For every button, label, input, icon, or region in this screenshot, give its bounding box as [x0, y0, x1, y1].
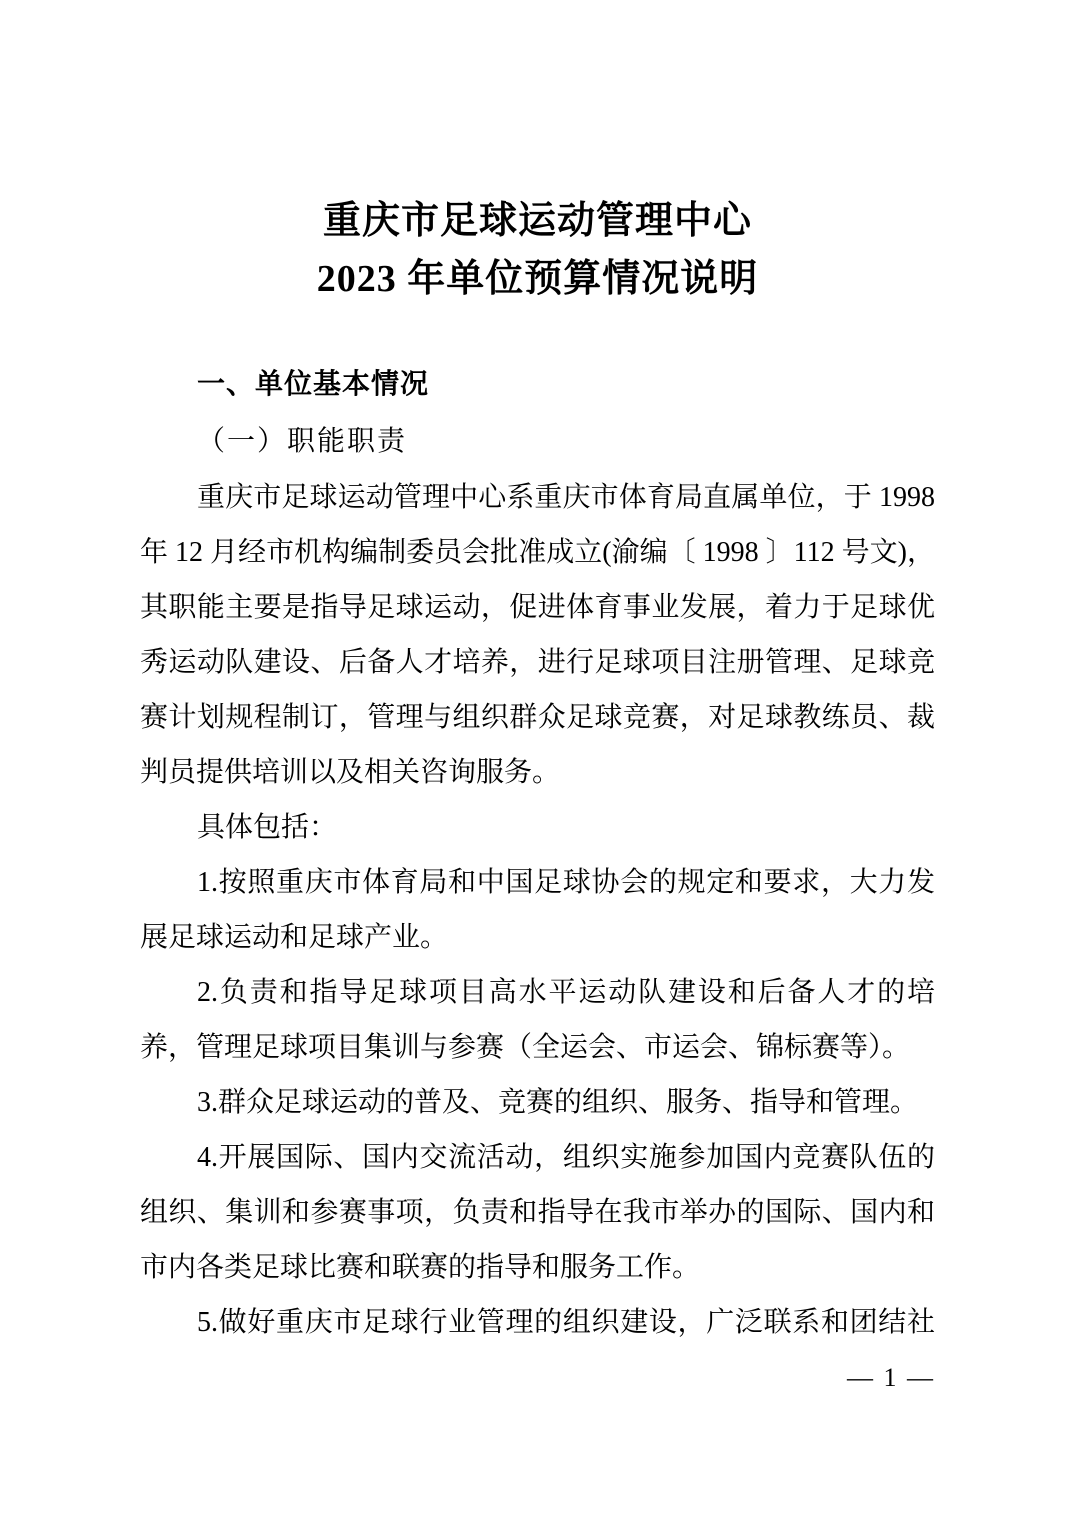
body-line: 年 12 月经市机构编制委员会批准成立(渝编〔 1998 〕112 号文)，: [140, 525, 935, 580]
body-line: 其职能主要是指导足球运动，促进体育事业发展，着力于足球优: [140, 580, 935, 635]
body-line: 赛计划规程制订，管理与组织群众足球竞赛，对足球教练员、裁: [140, 690, 935, 745]
subsection-heading: （一）职能职责: [140, 422, 935, 462]
body-line: 具体包括：: [140, 800, 935, 855]
body-line: 1.按照重庆市体育局和中国足球协会的规定和要求，大力发: [140, 855, 935, 910]
page-number: — 1 —: [140, 1360, 935, 1396]
document-title: 重庆市足球运动管理中心 2023 年单位预算情况说明: [140, 192, 935, 308]
body-line: 4.开展国际、国内交流活动，组织实施参加国内竞赛队伍的: [140, 1130, 935, 1185]
body-line: 秀运动队建设、后备人才培养，进行足球项目注册管理、足球竞: [140, 635, 935, 690]
section-heading: 一、单位基本情况: [140, 364, 935, 404]
body-line: 重庆市足球运动管理中心系重庆市体育局直属单位，于 1998: [140, 470, 935, 525]
body-line: 判员提供培训以及相关咨询服务。: [140, 745, 935, 800]
body-line: 市内各类足球比赛和联赛的指导和服务工作。: [140, 1240, 935, 1295]
document-page: 重庆市足球运动管理中心 2023 年单位预算情况说明 一、单位基本情况 （一）职…: [0, 0, 1074, 1520]
title-line-1: 重庆市足球运动管理中心: [140, 192, 935, 250]
body-text: 重庆市足球运动管理中心系重庆市体育局直属单位，于 1998 年 12 月经市机构…: [140, 470, 935, 1350]
body-line: 组织、集训和参赛事项，负责和指导在我市举办的国际、国内和: [140, 1185, 935, 1240]
body-line: 2.负责和指导足球项目高水平运动队建设和后备人才的培: [140, 965, 935, 1020]
body-line: 展足球运动和足球产业。: [140, 910, 935, 965]
body-line: 3.群众足球运动的普及、竞赛的组织、服务、指导和管理。: [140, 1075, 935, 1130]
body-line: 养，管理足球项目集训与参赛（全运会、市运会、锦标赛等）。: [140, 1020, 935, 1075]
body-line: 5.做好重庆市足球行业管理的组织建设，广泛联系和团结社: [140, 1295, 935, 1350]
title-line-2: 2023 年单位预算情况说明: [140, 250, 935, 308]
